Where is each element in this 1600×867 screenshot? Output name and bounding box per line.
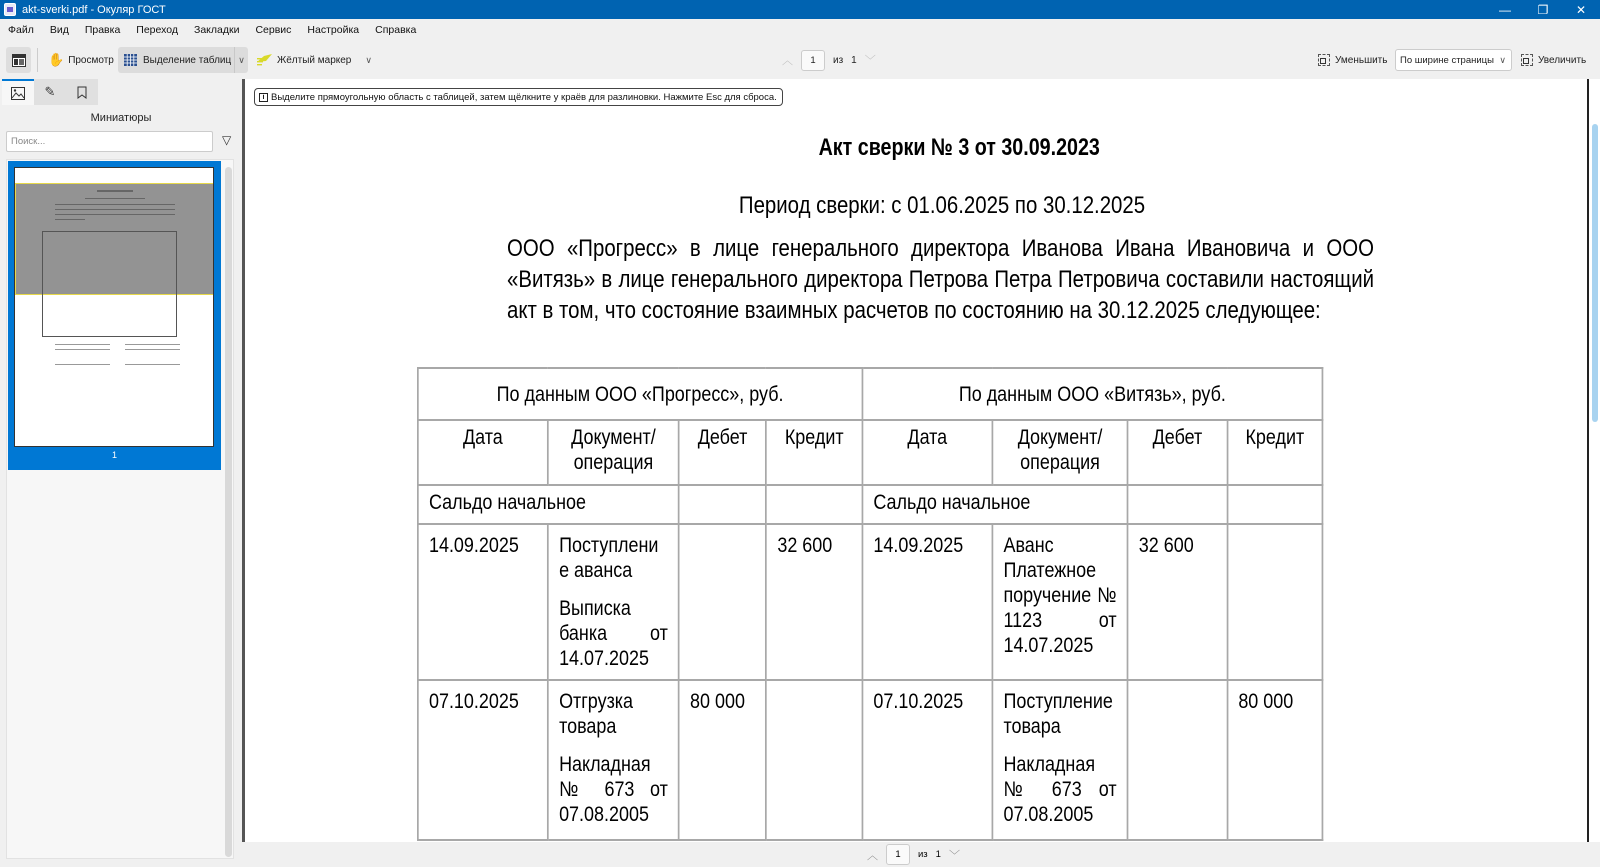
filter-icon[interactable]: ▽: [222, 133, 231, 147]
document-title: Акт сверки № 3 от 30.09.2023: [370, 134, 1548, 162]
page-number-input[interactable]: 1: [801, 50, 825, 71]
bottom-page-input[interactable]: 1: [886, 844, 910, 865]
chevron-down-icon[interactable]: ﹀: [865, 52, 876, 68]
page-of-label: из: [833, 55, 843, 66]
column-header: Дата: [862, 420, 992, 485]
menu-go[interactable]: Переход: [128, 24, 186, 36]
menu-bookmarks[interactable]: Закладки: [186, 24, 247, 36]
chevron-down-icon[interactable]: ∨: [234, 47, 248, 73]
cell-date: 07.10.2025: [418, 680, 548, 840]
info-icon: i: [259, 93, 268, 102]
cell-credit: 32 600: [766, 524, 862, 680]
table-row: 14.09.2025 Поступлени е авансаВыписка ба…: [418, 524, 1323, 680]
table-select-hint: i Выделите прямоугольную область с табли…: [254, 88, 783, 106]
document-period: Период сверки: с 01.06.2025 по 30.12.202…: [350, 192, 1535, 220]
marker-label: Жёлтый маркер: [277, 55, 351, 66]
sidebar: ✎ Миниатюры Поиск... ▽: [0, 79, 242, 867]
thumbnail-preview: [14, 167, 214, 447]
chevron-down-icon: ∨: [1499, 55, 1506, 66]
sidebar-title: Миниатюры: [0, 112, 242, 124]
menu-edit[interactable]: Правка: [77, 24, 128, 36]
column-header: Документ/ операция: [548, 420, 679, 485]
cell-document: Поступлени е авансаВыписка банка от 14.0…: [548, 524, 679, 680]
menu-file[interactable]: Файл: [0, 24, 42, 36]
menu-view[interactable]: Вид: [42, 24, 77, 36]
bottom-bar: ︿ 1 из 1 ﹀: [245, 842, 1600, 867]
title-bar: akt-sverki.pdf - Окуляр ГОСТ — ❐ ✕: [0, 0, 1600, 19]
column-header: Дата: [418, 420, 548, 485]
thumbnail-page-1[interactable]: 1: [8, 161, 221, 470]
menu-tools[interactable]: Сервис: [247, 24, 299, 36]
image-icon: [11, 87, 25, 100]
zoom-out-button[interactable]: Уменьшить: [1318, 47, 1387, 73]
cell-document: Отгрузка товараНакладная № 673 от 07.08.…: [548, 680, 679, 840]
hand-icon: ✋: [48, 52, 64, 68]
chevron-up-icon[interactable]: ︿: [867, 847, 878, 863]
scrollbar-thumb[interactable]: [1592, 124, 1598, 422]
page-total: 1: [851, 55, 857, 66]
toolbar-separator: [37, 48, 38, 72]
sidebar-toggle-button[interactable]: [6, 47, 31, 73]
table-select-label: Выделение таблиц: [143, 55, 231, 66]
column-header: Документ/ операция: [992, 420, 1127, 485]
tab-thumbnails[interactable]: [2, 79, 34, 105]
document-view: i Выделите прямоугольную область с табли…: [245, 79, 1587, 842]
group-header-progress: По данным ООО «Прогресс», руб.: [418, 368, 862, 420]
sidebar-scrollbar[interactable]: [225, 167, 232, 857]
saldo-label: Сальдо начальное: [418, 485, 679, 524]
chevron-down-icon[interactable]: ﹀: [949, 847, 960, 863]
cell-document: Поступление товараНакладная № 673 от 07.…: [992, 680, 1127, 840]
cell-date: 14.09.2025: [862, 524, 992, 680]
thumbnail-list: 1: [6, 159, 234, 859]
table-select-tool-button[interactable]: Выделение таблиц ∨: [118, 47, 248, 73]
document-scrollbar[interactable]: [1587, 79, 1600, 842]
cell-debit: [1128, 680, 1228, 840]
zoom-in-label: Увеличить: [1538, 55, 1586, 66]
bottom-page-navigator: ︿ 1 из 1 ﹀: [867, 844, 960, 865]
cell-debit: [679, 524, 766, 680]
hint-text: Выделите прямоугольную область с таблице…: [271, 92, 777, 103]
app-icon: [4, 3, 16, 16]
tab-annotations[interactable]: ✎: [34, 79, 66, 105]
column-header: Дебет: [679, 420, 766, 485]
menu-help[interactable]: Справка: [367, 24, 424, 36]
bookmark-icon: [77, 86, 87, 99]
cell-credit: [766, 680, 862, 840]
column-header: Кредит: [766, 420, 862, 485]
cell-credit: [1227, 524, 1322, 680]
minimize-button[interactable]: —: [1486, 3, 1524, 17]
main-toolbar: ✋ Просмотр Выделение таблиц ∨ Жёлтый мар…: [0, 41, 1600, 79]
saldo-label: Сальдо начальное: [862, 485, 1127, 524]
bottom-page-total: 1: [936, 849, 941, 860]
menu-bar: Файл Вид Правка Переход Закладки Сервис …: [0, 19, 1600, 41]
browse-tool-button[interactable]: ✋ Просмотр: [48, 47, 114, 73]
zoom-out-icon: [1318, 54, 1330, 66]
thumbnail-table: [42, 231, 177, 337]
document-paragraph: ООО «Прогресс» в лице генерального дирек…: [507, 233, 1374, 326]
thumbnail-search-input[interactable]: Поиск...: [6, 131, 213, 152]
cell-date: 07.10.2025: [862, 680, 992, 840]
zoom-mode-value: По ширине страницы: [1400, 55, 1494, 66]
cell-date: 14.09.2025: [418, 524, 548, 680]
cell-debit: 32 600: [1128, 524, 1228, 680]
yellow-marker-button[interactable]: Жёлтый маркер ∨: [256, 47, 372, 73]
cell-credit: 80 000: [1227, 680, 1322, 840]
sidebar-tabs: ✎: [2, 79, 98, 105]
close-button[interactable]: ✕: [1562, 3, 1600, 17]
group-header-vityaz: По данным ООО «Витязь», руб.: [862, 368, 1322, 420]
browse-label: Просмотр: [68, 55, 114, 66]
page-navigator: ︿ 1 из 1 ﹀: [782, 47, 876, 73]
pen-icon: ✎: [45, 84, 56, 100]
bottom-page-of-label: из: [918, 849, 928, 860]
chevron-up-icon[interactable]: ︿: [782, 52, 793, 68]
reconciliation-table: По данным ООО «Прогресс», руб. По данным…: [417, 367, 1323, 841]
tab-bookmarks[interactable]: [66, 79, 98, 105]
sidebar-icon: [12, 54, 26, 67]
zoom-out-label: Уменьшить: [1335, 55, 1387, 66]
window-title: akt-sverki.pdf - Окуляр ГОСТ: [22, 4, 1486, 16]
zoom-in-icon: [1521, 54, 1533, 66]
cell-debit: 80 000: [679, 680, 766, 840]
zoom-in-button[interactable]: Увеличить: [1521, 47, 1586, 73]
cell-document: Аванс Платежное поручение № 1123 от 14.0…: [992, 524, 1127, 680]
menu-settings[interactable]: Настройка: [299, 24, 367, 36]
chevron-down-icon[interactable]: ∨: [365, 55, 372, 66]
column-header: Дебет: [1128, 420, 1228, 485]
column-header: Кредит: [1227, 420, 1322, 485]
restore-button[interactable]: ❐: [1524, 3, 1562, 17]
highlighter-icon: [256, 53, 273, 67]
table-row-opening-balance: Сальдо начальное Сальдо начальное: [418, 485, 1323, 524]
table-grid-icon: [124, 54, 137, 66]
zoom-mode-select[interactable]: По ширине страницы ∨: [1395, 49, 1512, 71]
table-row: 07.10.2025 Отгрузка товараНакладная № 67…: [418, 680, 1323, 840]
thumbnail-page-label: 1: [8, 450, 221, 460]
